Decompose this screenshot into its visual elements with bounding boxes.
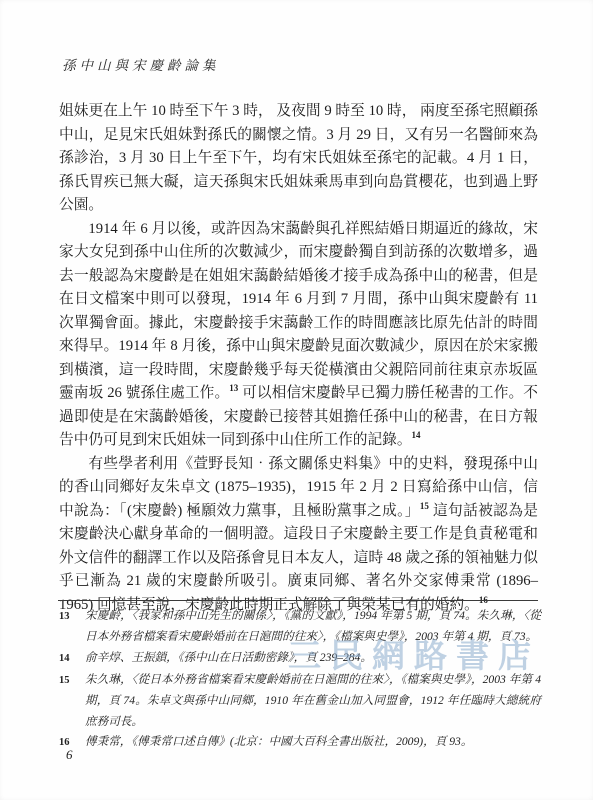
footnote-ref: 14 bbox=[412, 430, 421, 440]
footnote-number: 13 bbox=[59, 606, 85, 648]
footnote-text: 朱久琳，〈從日本外務省檔案看宋慶齡婚前在日滬間的往來〉，《檔案與史學》，2003… bbox=[85, 670, 541, 733]
footnotes: 13宋慶齡，〈我家和孫中山先生的關係〉，《黨的文獻》，1994 年第 5 期，頁… bbox=[59, 606, 541, 754]
footnote-item: 16傅秉常，《傅秉常口述自傳》(北京：中國大百科全書出版社，2009)，頁 93… bbox=[59, 732, 541, 754]
footnote-item: 15朱久琳，〈從日本外務省檔案看宋慶齡婚前在日滬間的往來〉，《檔案與史學》，20… bbox=[59, 670, 541, 733]
footnote-item: 14俞辛焞、王振鎖，《孫中山在日活動密錄》，頁 239–284。 bbox=[59, 648, 541, 670]
paragraph-text: 姐妹更在上午 10 時至下午 3 時， 及夜間 9 時至 10 時， 兩度至孫宅… bbox=[59, 103, 538, 213]
footnote-item: 13宋慶齡，〈我家和孫中山先生的關係〉，《黨的文獻》，1994 年第 5 期，頁… bbox=[59, 606, 541, 648]
footnote-text: 俞辛焞、王振鎖，《孫中山在日活動密錄》，頁 239–284。 bbox=[85, 648, 541, 670]
footnote-ref: 15 bbox=[420, 501, 429, 511]
body-paragraph: 有些學者利用《萱野長知‧孫文關係史料集》中的史料，發現孫中山的香山同鄉好友朱卓文… bbox=[59, 453, 538, 618]
footnote-text: 傅秉常，《傅秉常口述自傳》(北京：中國大百科全書出版社，2009)，頁 93。 bbox=[85, 732, 541, 754]
footnote-number: 14 bbox=[59, 648, 85, 670]
body-paragraph: 1914 年 6 月以後，或許因為宋藹齡與孔祥熙結婚日期逼近的緣故，宋家大女兒到… bbox=[59, 218, 538, 453]
body-text: 姐妹更在上午 10 時至下午 3 時， 及夜間 9 時至 10 時， 兩度至孫宅… bbox=[59, 100, 538, 617]
footnote-divider bbox=[58, 600, 538, 601]
paragraph-text: 1914 年 6 月以後，或許因為宋藹齡與孔祥熙結婚日期逼近的緣故，宋家大女兒到… bbox=[59, 221, 538, 402]
body-paragraph: 姐妹更在上午 10 時至下午 3 時， 及夜間 9 時至 10 時， 兩度至孫宅… bbox=[59, 100, 538, 218]
book-page: 孫中山與宋慶齡論集 姐妹更在上午 10 時至下午 3 時， 及夜間 9 時至 1… bbox=[0, 0, 593, 800]
paragraph-text: 這句話被認為是宋慶齡決心獻身革命的一個明證。這段日子宋慶齡主要工作是負責秘電和外… bbox=[59, 503, 538, 613]
footnote-text: 宋慶齡，〈我家和孫中山先生的關係〉，《黨的文獻》，1994 年第 5 期，頁 7… bbox=[85, 606, 541, 648]
running-header: 孫中山與宋慶齡論集 bbox=[62, 54, 220, 74]
footnote-number: 15 bbox=[59, 670, 85, 733]
page-number: 6 bbox=[66, 747, 73, 763]
footnote-ref: 13 bbox=[229, 383, 238, 393]
